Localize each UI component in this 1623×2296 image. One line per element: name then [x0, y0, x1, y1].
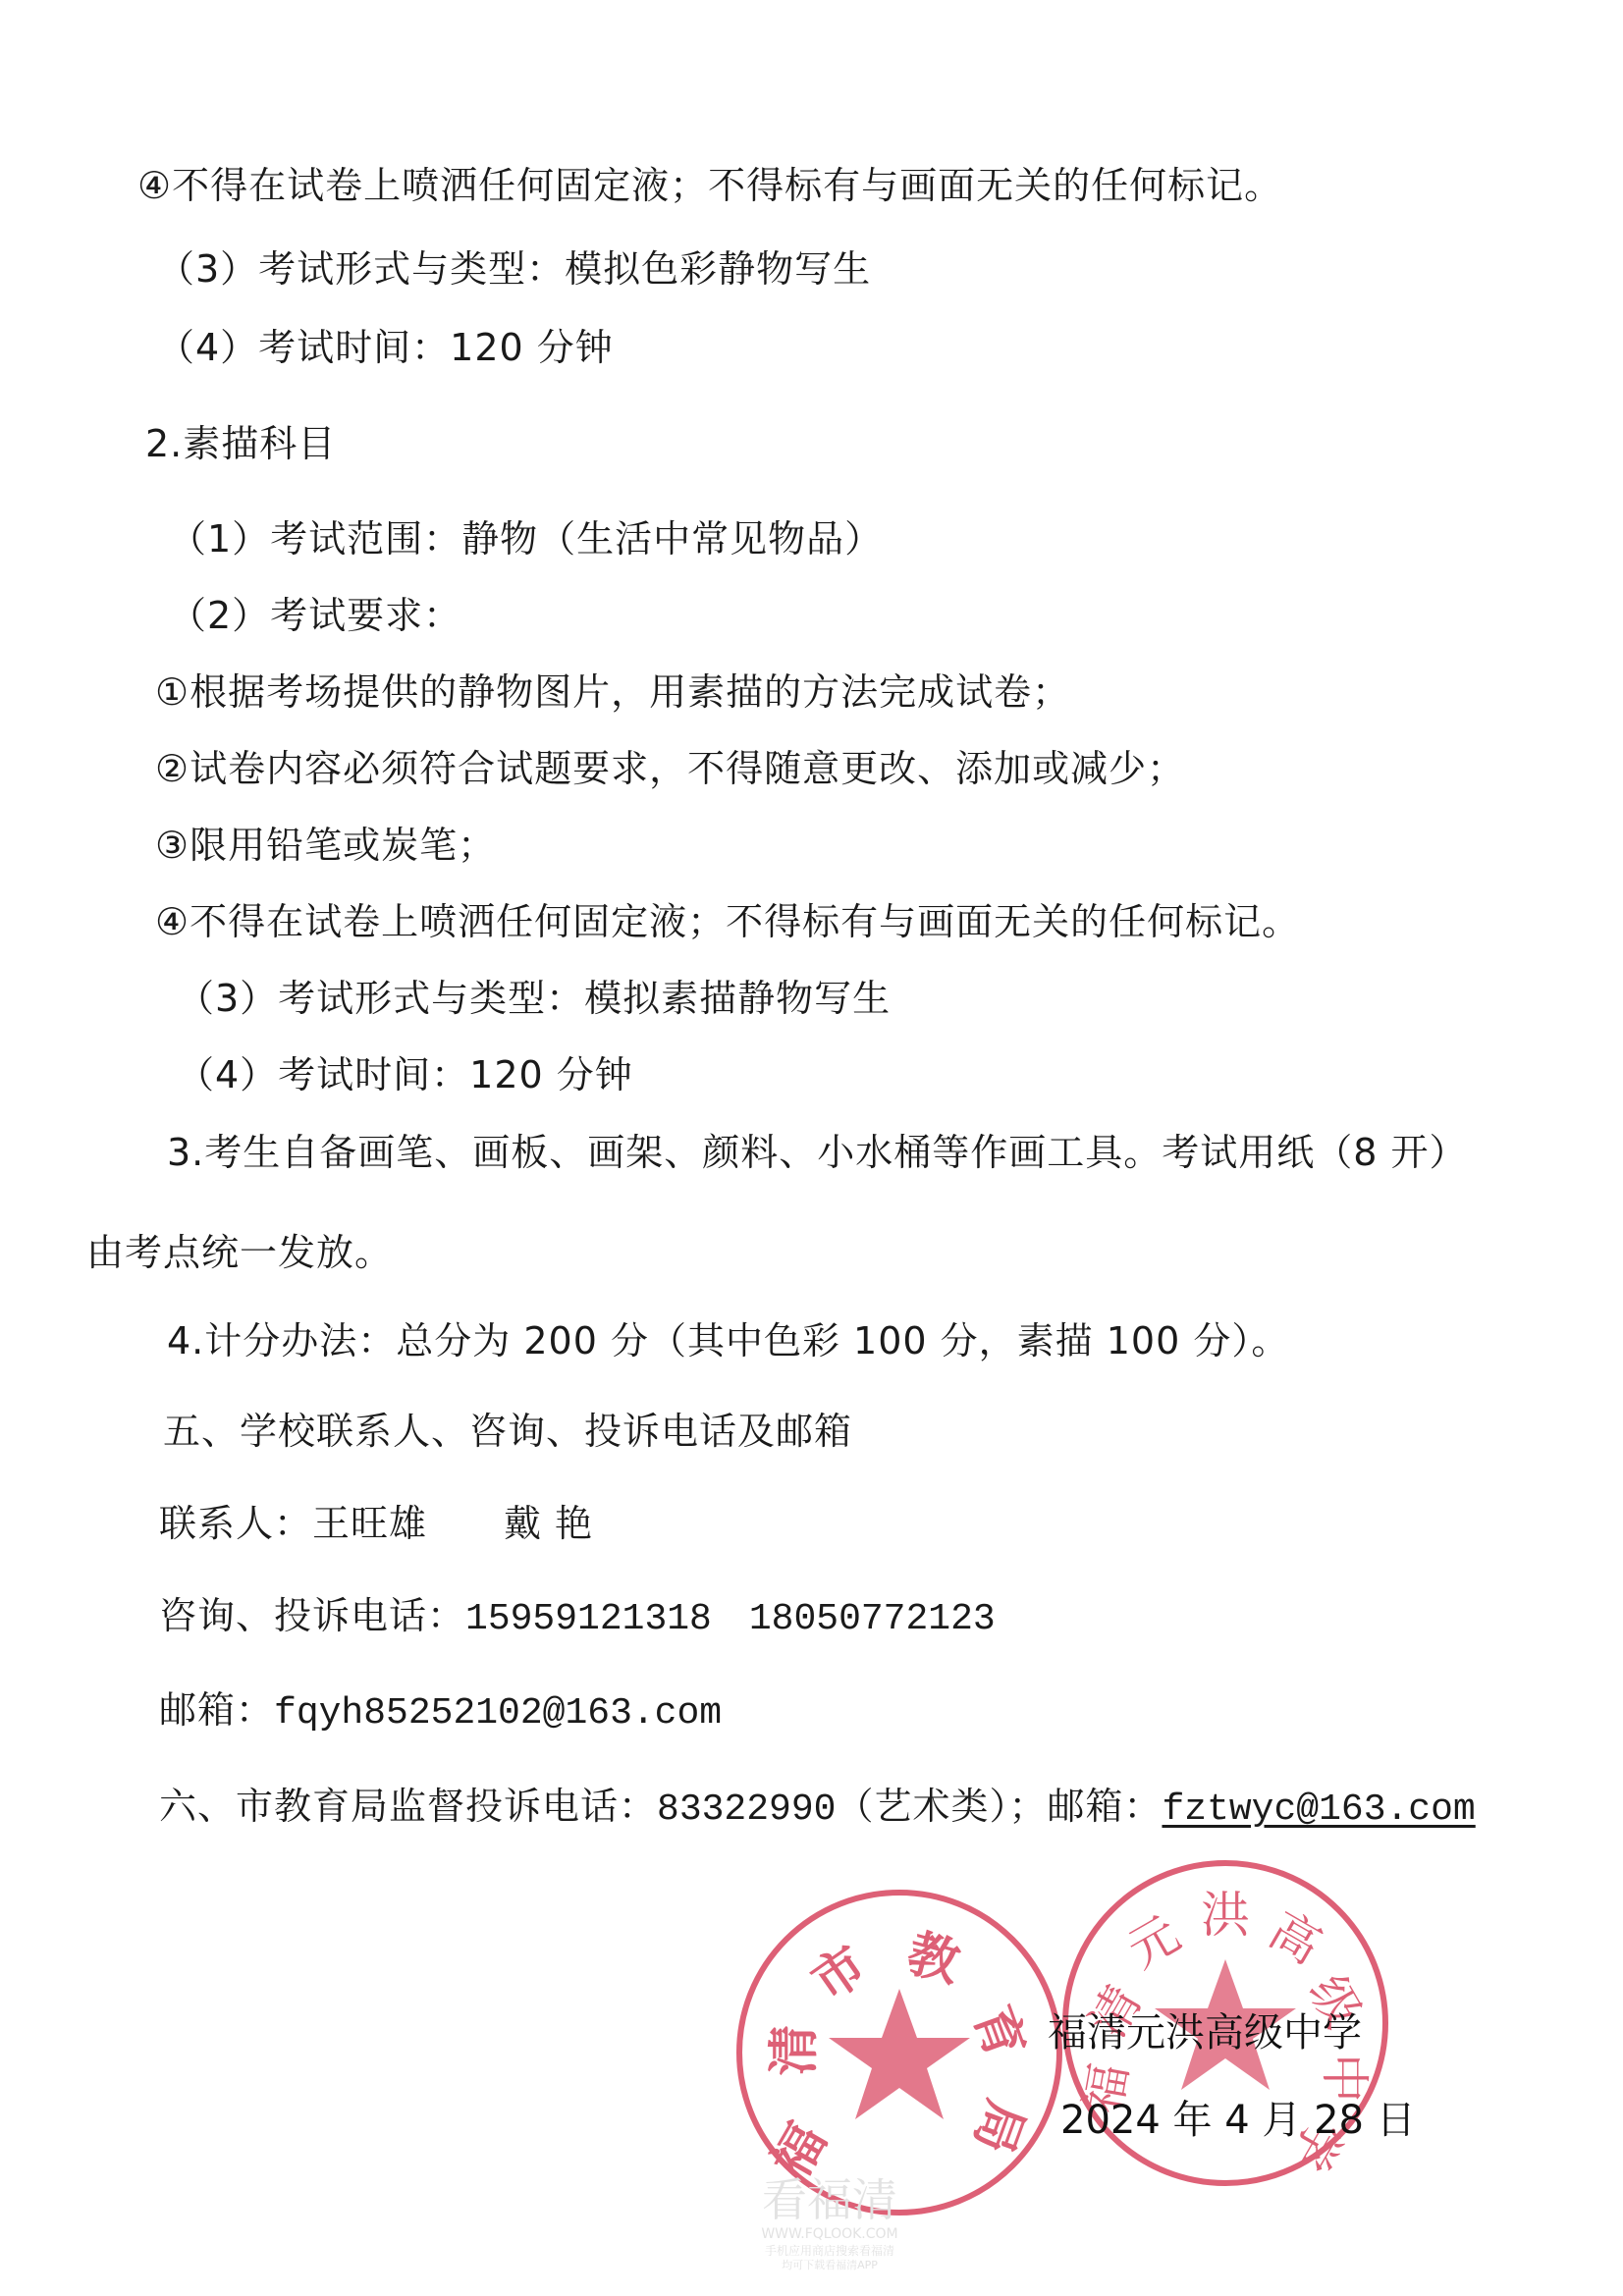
watermark-tagline-2: 均可下载看福清APP: [741, 2259, 918, 2272]
watermark-url: WWW.FQLOOK.COM: [741, 2225, 918, 2243]
signature-org: 福清元洪高级中学: [1048, 2008, 1362, 2057]
watermark: 看福清 WWW.FQLOOK.COM 手机应用商店搜索看福清 均可下载看福清AP…: [741, 2174, 918, 2272]
scoring-method: 4.计分办法：总分为 200 分（其中色彩 100 分，素描 100 分）。: [167, 1317, 1289, 1364]
email-line: 邮箱：fqyh85252102@163.com: [159, 1686, 722, 1737]
color-exam-form: （3）考试形式与类型：模拟色彩静物写生: [157, 245, 871, 293]
contact-persons: 联系人：王旺雄 戴 艳: [159, 1500, 593, 1547]
section-5-heading: 五、学校联系人、咨询、投诉电话及邮箱: [163, 1408, 852, 1455]
sketch-exam-requirement-3: ③限用铅笔或炭笔；: [155, 822, 496, 869]
school-email[interactable]: fqyh85252102@163.com: [274, 1692, 722, 1735]
bureau-phone: 83322990: [657, 1789, 836, 1831]
sketch-exam-requirement-4: ④不得在试卷上喷洒任何固定液；不得标有与画面无关的任何标记。: [155, 898, 1300, 945]
sketch-exam-requirement-2: ②试卷内容必须符合试题要求，不得随意更改、添加或减少；: [155, 745, 1185, 792]
color-exam-requirement-4: ④不得在试卷上喷洒任何固定液；不得标有与画面无关的任何标记。: [137, 162, 1282, 209]
signature-date: 2024 年 4 月 28 日: [1060, 2096, 1416, 2145]
tools-paragraph-line-2: 由考点统一发放。: [86, 1229, 393, 1276]
sketch-subject-heading: 2.素描科目: [145, 420, 336, 467]
section-6-category: （艺术类）；邮箱：: [836, 1785, 1162, 1828]
education-bureau-seal: 福 清 市 教 育 局: [736, 1890, 1062, 2216]
sketch-exam-time: （4）考试时间：120 分钟: [177, 1051, 633, 1098]
section-6-line: 六、市教育局监督投诉电话：83322990（艺术类）；邮箱：fztwyc@163…: [159, 1783, 1476, 1834]
email-label: 邮箱：: [159, 1688, 274, 1732]
color-exam-time: （4）考试时间：120 分钟: [157, 324, 614, 371]
watermark-tagline-1: 手机应用商店搜索看福清: [741, 2243, 918, 2259]
tools-paragraph-line-1: 3.考生自备画笔、画板、画架、颜料、小水桶等作画工具。考试用纸（8 开）: [167, 1129, 1468, 1176]
bureau-email-link[interactable]: fztwyc@163.com: [1162, 1789, 1475, 1831]
phone-numbers: 15959121318 18050772123: [465, 1598, 996, 1640]
phone-label: 咨询、投诉电话：: [159, 1594, 465, 1637]
phone-line: 咨询、投诉电话：15959121318 18050772123: [159, 1592, 996, 1643]
sketch-exam-requirement-1: ①根据考场提供的静物图片，用素描的方法完成试卷；: [155, 668, 1070, 716]
seal-left-text: 福 清 市 教 育 局: [742, 1896, 1056, 2210]
sketch-exam-scope: （1）考试范围：静物（生活中常见物品）: [169, 515, 883, 562]
sketch-exam-requirements-heading: （2）考试要求：: [169, 592, 461, 639]
sketch-exam-form: （3）考试形式与类型：模拟素描静物写生: [177, 975, 891, 1022]
watermark-brand: 看福清: [741, 2174, 918, 2225]
section-6-label: 六、市教育局监督投诉电话：: [159, 1785, 657, 1828]
